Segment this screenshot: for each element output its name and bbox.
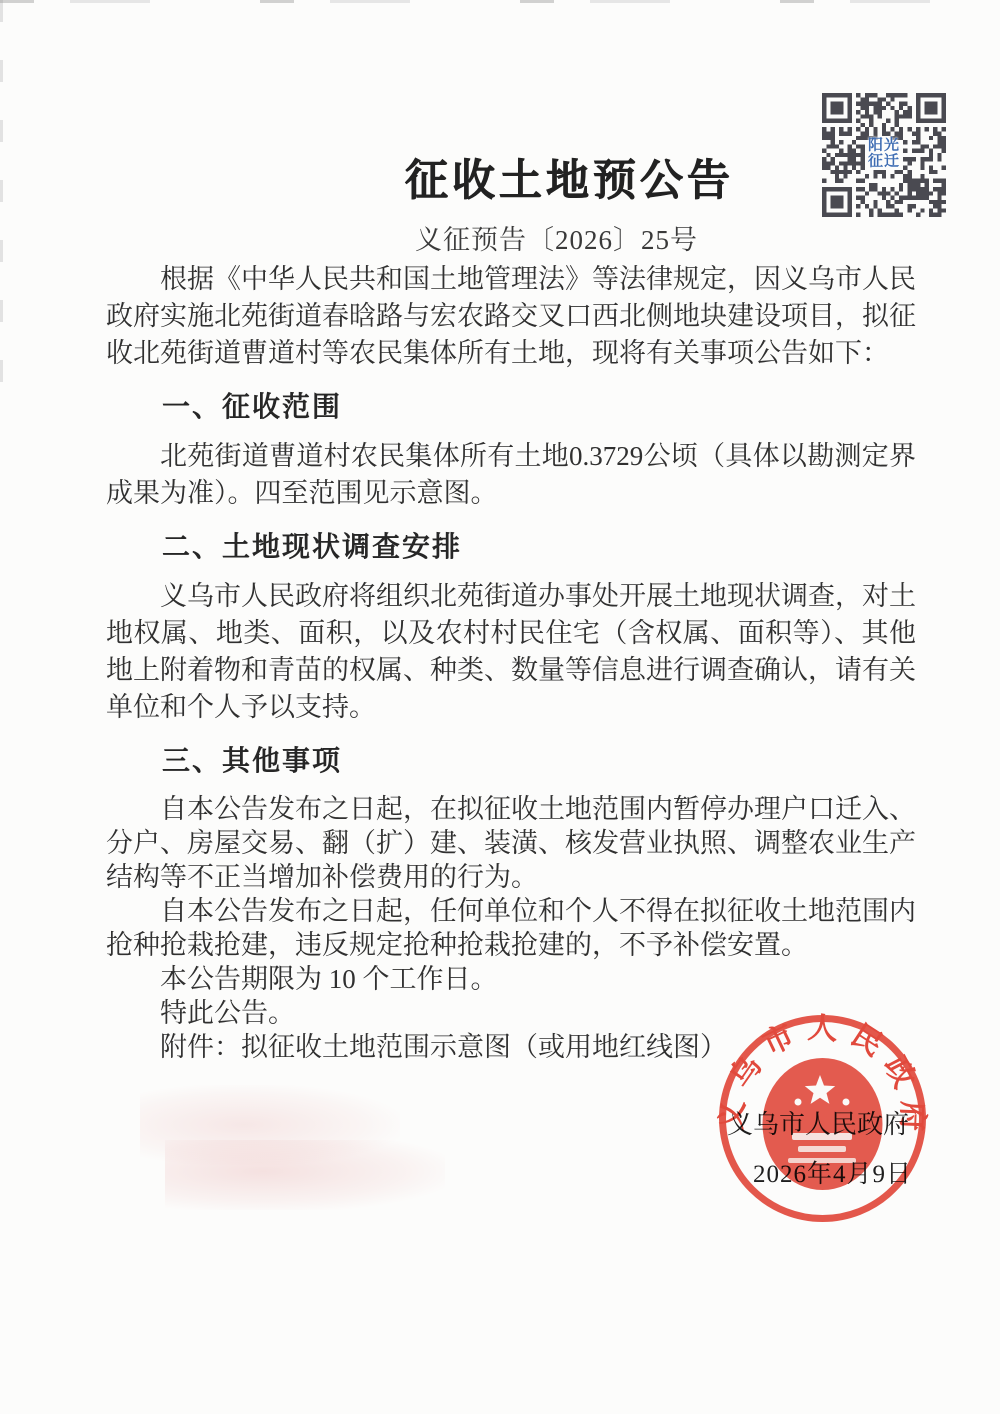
- section-1-paragraph: 北苑街道曹道村农民集体所有土地0.3729公顷（具体以勘测定界成果为准）。四至范…: [106, 438, 916, 512]
- section-3-heading: 三、其他事项: [106, 742, 916, 779]
- document-title: 征收土地预公告: [405, 147, 734, 208]
- scanned-announcement-page: 阳光 征迁 征收土地预公告 义征预告〔2026〕25号 根据《中华人民共和国土地…: [0, 0, 1000, 1414]
- ink-smudge: [140, 1085, 400, 1165]
- section-3-paragraph-2: 自本公告发布之日起，任何单位和个人不得在拟征收土地范围内抢种抢栽抢建，违反规定抢…: [106, 894, 916, 962]
- section-3-paragraph-1: 自本公告发布之日起，在拟征收土地范围内暂停办理户口迁入、分户、房屋交易、翻（扩）…: [106, 792, 916, 894]
- document-body: 根据《中华人民共和国土地管理法》等法律规定，因义乌市人民政府实施北苑街道春晗路与…: [106, 261, 916, 1064]
- issue-date: 2026年4月9日: [753, 1154, 912, 1190]
- section-2-heading: 二、土地现状调查安排: [106, 528, 916, 565]
- issuer-name: 义乌市人民政府: [727, 1104, 909, 1141]
- ink-smudge: [165, 1140, 445, 1210]
- qr-center-label: 阳光 征迁: [822, 138, 946, 170]
- notice-period-line: 本公告期限为 10 个工作日。: [106, 962, 916, 996]
- qr-label-line2: 征迁: [822, 154, 946, 170]
- section-1-heading: 一、征收范围: [106, 388, 916, 425]
- qr-label-line1: 阳光: [822, 138, 946, 154]
- qr-code: 阳光 征迁: [822, 93, 946, 217]
- document-number: 义征预告〔2026〕25号: [415, 218, 698, 257]
- scan-artifact-left: [0, 0, 3, 420]
- section-2-paragraph: 义乌市人民政府将组织北苑街道办事处开展土地现状调查，对土地权属、地类、面积，以及…: [106, 578, 916, 726]
- intro-paragraph: 根据《中华人民共和国土地管理法》等法律规定，因义乌市人民政府实施北苑街道春晗路与…: [106, 261, 916, 372]
- scan-artifact-top: [0, 0, 1000, 3]
